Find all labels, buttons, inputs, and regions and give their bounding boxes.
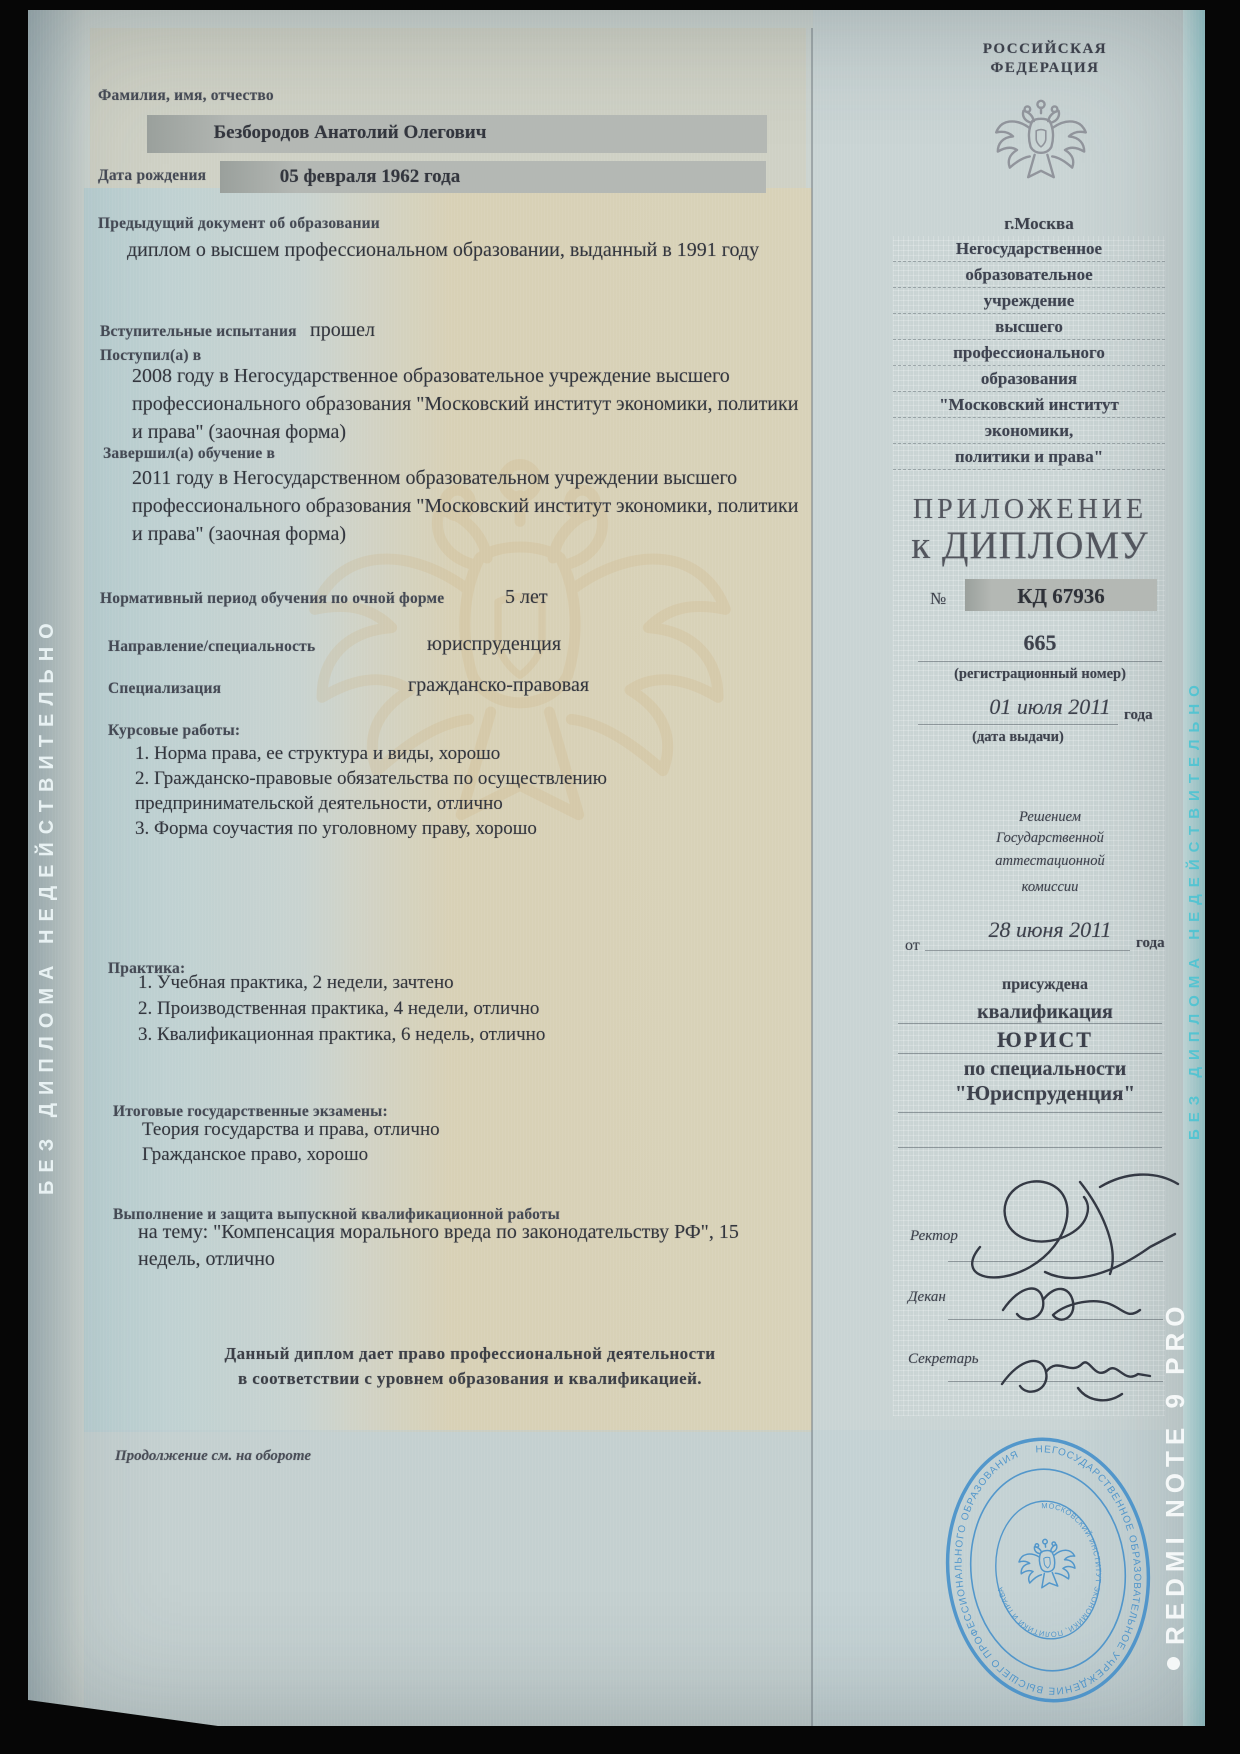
- document-page: Фамилия, имя, отчество Безбородов Анатол…: [0, 0, 1240, 1754]
- completed-value: 2011 году в Негосударственном образовате…: [132, 464, 808, 548]
- awarded-label: присуждена: [950, 975, 1140, 996]
- secretary-label: Секретарь: [908, 1350, 979, 1370]
- thesis-value: на тему: "Компенсация морального вреда п…: [138, 1219, 798, 1273]
- camera-watermark: REDMI NOTE 9 PRO: [1160, 1245, 1191, 1645]
- institution-line: политики и права": [893, 444, 1165, 470]
- specialization-value: гражданско-правовая: [408, 672, 589, 698]
- supplement-title-line2: к ДИПЛОМУ: [880, 521, 1180, 572]
- stamp-eagle-icon: [1017, 1536, 1078, 1589]
- security-text-left: БЕЗ ДИПЛОМА НЕДЕЙСТВИТЕЛЬНО: [36, 595, 59, 1195]
- coursework-item: 3. Форма соучастия по уголовному праву, …: [135, 816, 695, 841]
- institution-line: профессионального: [893, 340, 1165, 366]
- previous-document-label: Предыдущий документ об образовании: [98, 214, 380, 234]
- institution-line: экономики,: [893, 418, 1165, 444]
- by-specialty-label: по специальности: [930, 1056, 1160, 1082]
- specialization-label: Специализация: [108, 679, 221, 699]
- continuation-note: Продолжение см. на обороте: [115, 1447, 311, 1467]
- registration-number: 665: [960, 629, 1120, 658]
- institution-line: "Московский институт: [893, 392, 1165, 418]
- column-divider: [811, 28, 813, 1726]
- study-period-value: 5 лет: [505, 584, 548, 610]
- study-period-label: Нормативный период обучения по очной фор…: [100, 589, 444, 609]
- round-stamp: НЕГОСУДАРСТВЕННОЕ ОБРАЗОВАТЕЛЬНОЕ УЧРЕЖД…: [926, 1419, 1170, 1720]
- photo-corner-wedge: [28, 1700, 218, 1726]
- country-name-line2: ФЕДЕРАЦИЯ: [960, 59, 1130, 79]
- birth-date-label: Дата рождения: [98, 166, 206, 186]
- fill-line: [918, 724, 1118, 725]
- practice-item: 1. Учебная практика, 2 недели, зачтено: [138, 971, 454, 996]
- photo-of-diploma-supplement: { "left": { "name_label": "Фамилия, имя,…: [0, 0, 1240, 1754]
- state-exam-item: Теория государства и права, отлично: [142, 1118, 440, 1143]
- dean-signature: [995, 1270, 1145, 1332]
- specialty-label: Направление/специальность: [108, 637, 315, 657]
- issue-date-suffix: года: [1124, 706, 1153, 726]
- decision-line: аттестационной: [950, 852, 1150, 871]
- decision-line: комиссии: [950, 878, 1150, 897]
- dean-label: Декан: [908, 1288, 946, 1308]
- rector-signature: [950, 1152, 1185, 1284]
- qualification-value: ЮРИСТ: [940, 1026, 1150, 1055]
- institution-line: Негосударственное: [893, 236, 1165, 262]
- practice-item: 3. Квалификационная практика, 6 недель, …: [138, 1023, 545, 1048]
- institution-line: высшего: [893, 314, 1165, 340]
- rights-statement-line1: Данный диплом дает право профессионально…: [150, 1343, 790, 1365]
- coat-of-arms-icon: [993, 94, 1089, 206]
- institution-line: образования: [893, 366, 1165, 392]
- completed-label: Завершил(а) обучение в: [103, 444, 275, 464]
- photo-border-right: [1205, 0, 1240, 1754]
- fill-line: [925, 950, 1130, 951]
- secretary-signature: [990, 1336, 1155, 1406]
- coursework-item: 2. Гражданско-правовые обязательства по …: [135, 766, 655, 816]
- photo-border-bottom: [0, 1726, 1240, 1754]
- previous-document-value: диплом о высшем профессиональном образов…: [127, 237, 817, 263]
- registration-number-caption: (регистрационный номер): [918, 665, 1162, 684]
- country-name-line1: РОССИЙСКАЯ: [960, 40, 1130, 59]
- entrance-exams-value: прошел: [310, 317, 375, 343]
- name-value: Безбородов Анатолий Олегович: [150, 121, 550, 146]
- security-text-right: БЕЗ ДИПЛОМА НЕДЕЙСТВИТЕЛЬНО: [1186, 600, 1203, 1140]
- diploma-number-value: КД 67936: [965, 583, 1157, 610]
- rights-statement-line2: в соответствии с уровнем образования и к…: [150, 1368, 790, 1390]
- photo-border-top: [0, 0, 1240, 10]
- state-exam-item: Гражданское право, хорошо: [142, 1143, 368, 1168]
- practice-item: 2. Производственная практика, 4 недели, …: [138, 997, 539, 1022]
- decision-line: Решением: [950, 806, 1150, 829]
- camera-watermark-dot: [1167, 1657, 1180, 1670]
- decision-date-suffix: года: [1136, 934, 1165, 954]
- name-label: Фамилия, имя, отчество: [98, 86, 274, 106]
- svg-text:МОСКОВСКИЙ ИНСТИТУТ ЭКОНОМИКИ,: МОСКОВСКИЙ ИНСТИТУТ ЭКОНОМИКИ, ПОЛИТИКИ …: [987, 1496, 1110, 1645]
- entrance-exams-label: Вступительные испытания: [100, 322, 297, 342]
- specialty-name-value: "Юриспруденция": [925, 1080, 1165, 1107]
- fill-line: [898, 1147, 1162, 1148]
- coursework-item: 1. Норма права, ее структура и виды, хор…: [135, 741, 695, 766]
- fill-line: [918, 661, 1162, 662]
- issue-date-value: 01 июля 2011: [950, 693, 1150, 722]
- city-value: г.Москва: [929, 213, 1149, 235]
- enrolled-value: 2008 году в Негосударственное образовате…: [132, 362, 808, 446]
- institution-line: образовательное: [893, 262, 1165, 288]
- decision-line: Государственной: [950, 829, 1150, 848]
- photo-border-left: [0, 0, 28, 1754]
- fill-line: [898, 1112, 1162, 1113]
- issue-date-caption: (дата выдачи): [918, 728, 1118, 747]
- specialty-value: юриспруденция: [427, 631, 561, 657]
- decision-from-label: от: [905, 936, 920, 957]
- number-sign: №: [930, 588, 946, 610]
- stamp-inner-text: МОСКОВСКИЙ ИНСТИТУТ ЭКОНОМИКИ, ПОЛИТИКИ …: [987, 1496, 1110, 1645]
- birth-date-value: 05 февраля 1962 года: [230, 165, 510, 190]
- coursework-label: Курсовые работы:: [108, 721, 240, 741]
- decision-date-value: 28 июня 2011: [955, 916, 1145, 945]
- qualification-label: квалификация: [940, 999, 1150, 1025]
- institution-name-block: Негосударственное образовательное учрежд…: [893, 236, 1165, 470]
- institution-line: учреждение: [893, 288, 1165, 314]
